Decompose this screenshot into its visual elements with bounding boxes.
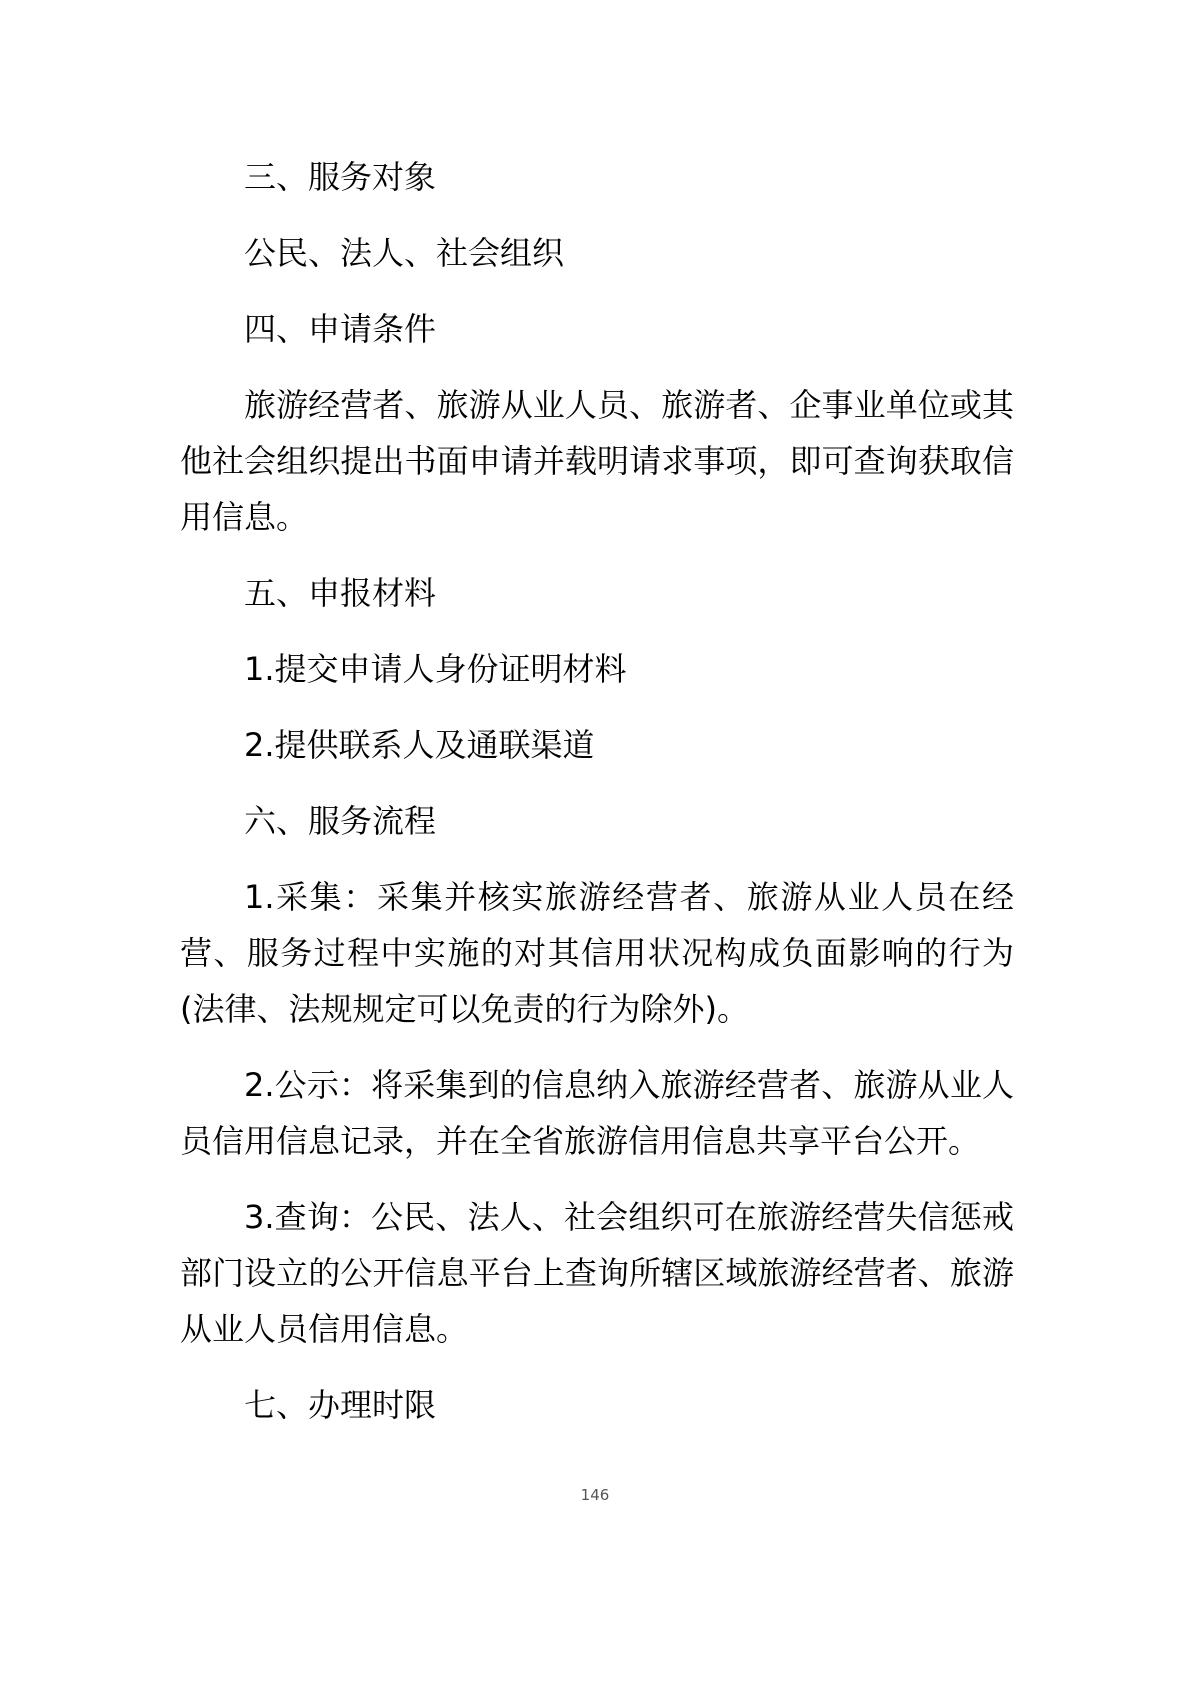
paragraph-service-target: 公民、法人、社会组织 [180, 225, 1014, 281]
document-body: 三、服务对象 公民、法人、社会组织 四、申请条件 旅游经营者、旅游从业人员、旅游… [180, 149, 1014, 1453]
list-item-material-1: 1.提交申请人身份证明材料 [180, 641, 1014, 697]
page-number: 146 [0, 1486, 1190, 1504]
section-heading-application-conditions: 四、申请条件 [180, 301, 1014, 357]
list-item-material-2: 2.提供联系人及通联渠道 [180, 717, 1014, 773]
section-heading-processing-time: 七、办理时限 [180, 1377, 1014, 1433]
paragraph-application-conditions: 旅游经营者、旅游从业人员、旅游者、企事业单位或其他社会组织提出书面申请并载明请求… [180, 377, 1014, 545]
section-heading-required-materials: 五、申报材料 [180, 565, 1014, 621]
process-step-query: 3.查询：公民、法人、社会组织可在旅游经营失信惩戒部门设立的公开信息平台上查询所… [180, 1189, 1014, 1357]
process-step-publicize: 2.公示：将采集到的信息纳入旅游经营者、旅游从业人员信用信息记录，并在全省旅游信… [180, 1057, 1014, 1169]
document-page: 三、服务对象 公民、法人、社会组织 四、申请条件 旅游经营者、旅游从业人员、旅游… [0, 0, 1190, 1683]
section-heading-service-target: 三、服务对象 [180, 149, 1014, 205]
process-step-collect: 1.采集：采集并核实旅游经营者、旅游从业人员在经营、服务过程中实施的对其信用状况… [180, 869, 1014, 1037]
section-heading-service-process: 六、服务流程 [180, 793, 1014, 849]
